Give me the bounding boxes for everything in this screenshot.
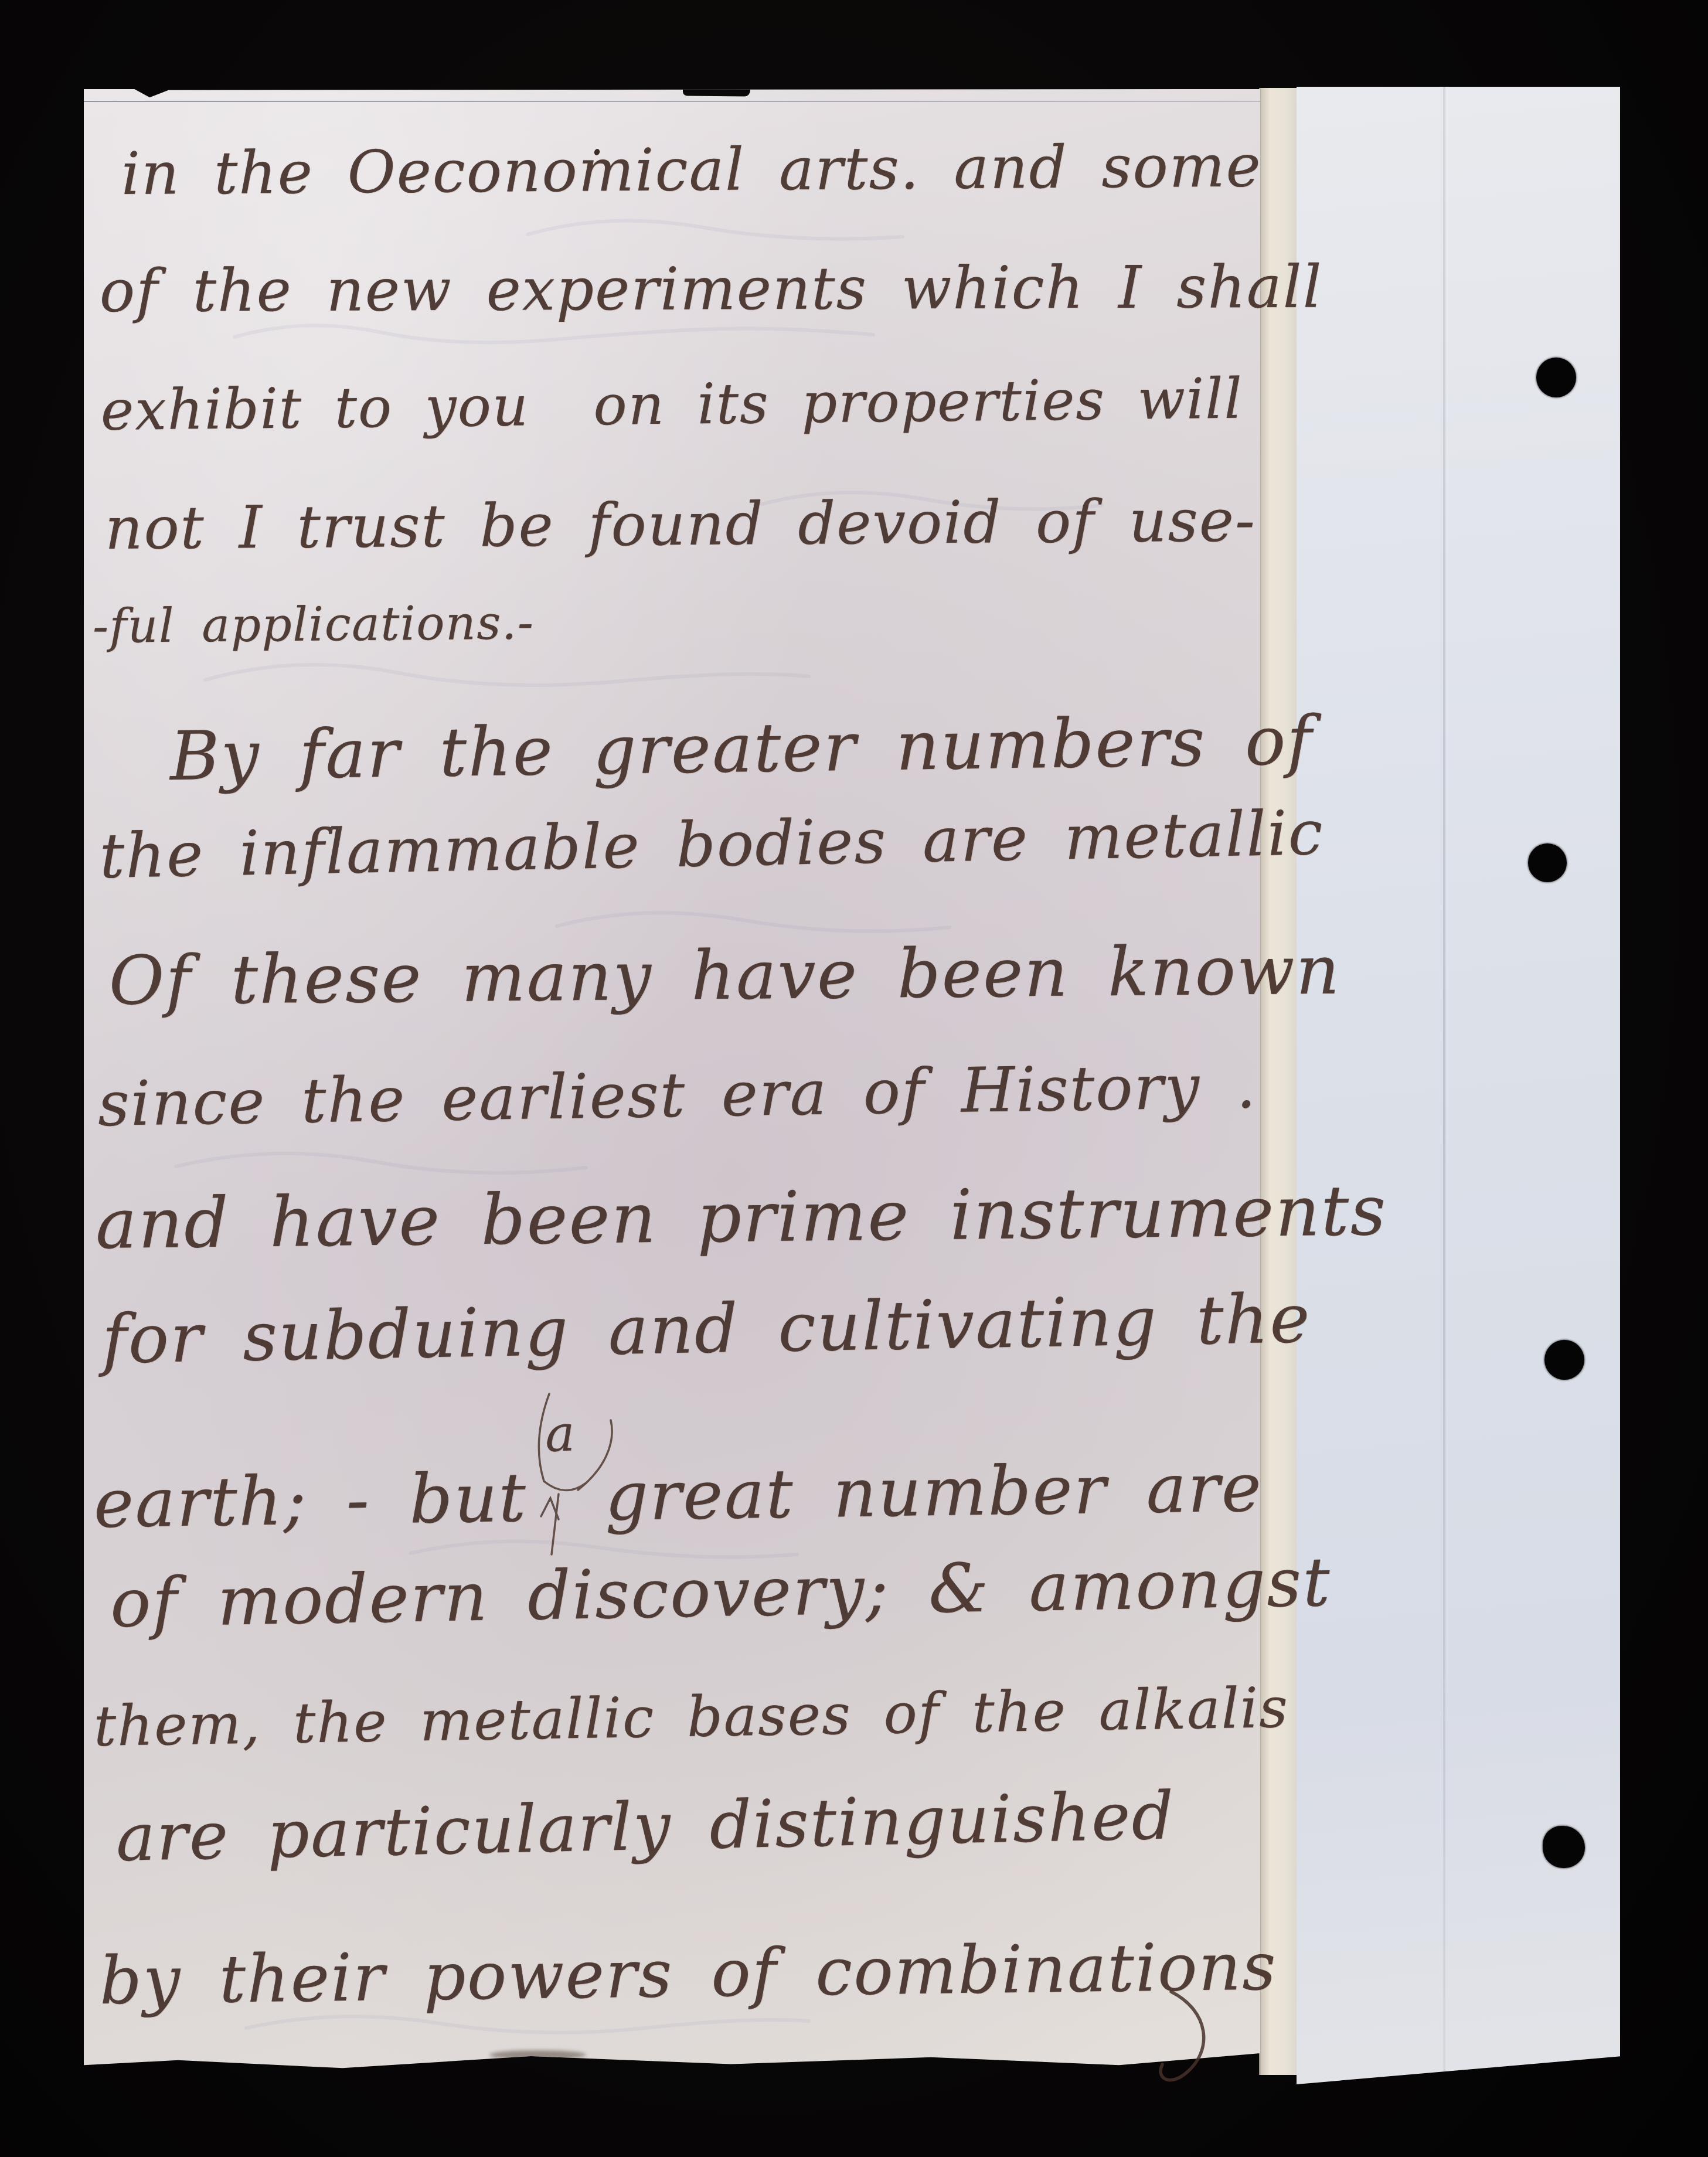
ink-smear: [489, 2050, 586, 2060]
manuscript-line: By far the greater numbers of: [169, 702, 1314, 796]
inserted-word: a: [544, 1404, 577, 1464]
manuscript-line: earth; - but great number are: [93, 1448, 1263, 1543]
manuscript-line: not I trust be found devoid of use-: [105, 486, 1257, 563]
torn-notch: [683, 86, 750, 96]
manuscript-line: -ful applications.-: [93, 595, 535, 654]
ruled-line: [84, 101, 1260, 102]
punch-hole: [1543, 1826, 1585, 1868]
manuscript-line: Of these many have been known: [108, 931, 1340, 1020]
manuscript-line: and have been prime instruments: [95, 1170, 1387, 1264]
punch-hole: [1544, 1340, 1584, 1380]
punch-hole: [1528, 843, 1567, 882]
punch-hole: [1536, 358, 1576, 397]
photo-background: in the Oeconomical arts. and some of the…: [0, 0, 1708, 2157]
paper-crease: [1443, 87, 1445, 2084]
manuscript-line: exhibit to you on its properties will: [100, 367, 1243, 443]
manuscript-line: of the new experiments which I shall: [100, 253, 1323, 325]
manuscript-line: in the Oeconomical arts. and some: [121, 131, 1263, 208]
manuscript-line: by their powers of combinations: [99, 1928, 1277, 2019]
page-edge-strip: [1259, 88, 1297, 2075]
adjacent-page: [1297, 87, 1620, 2084]
